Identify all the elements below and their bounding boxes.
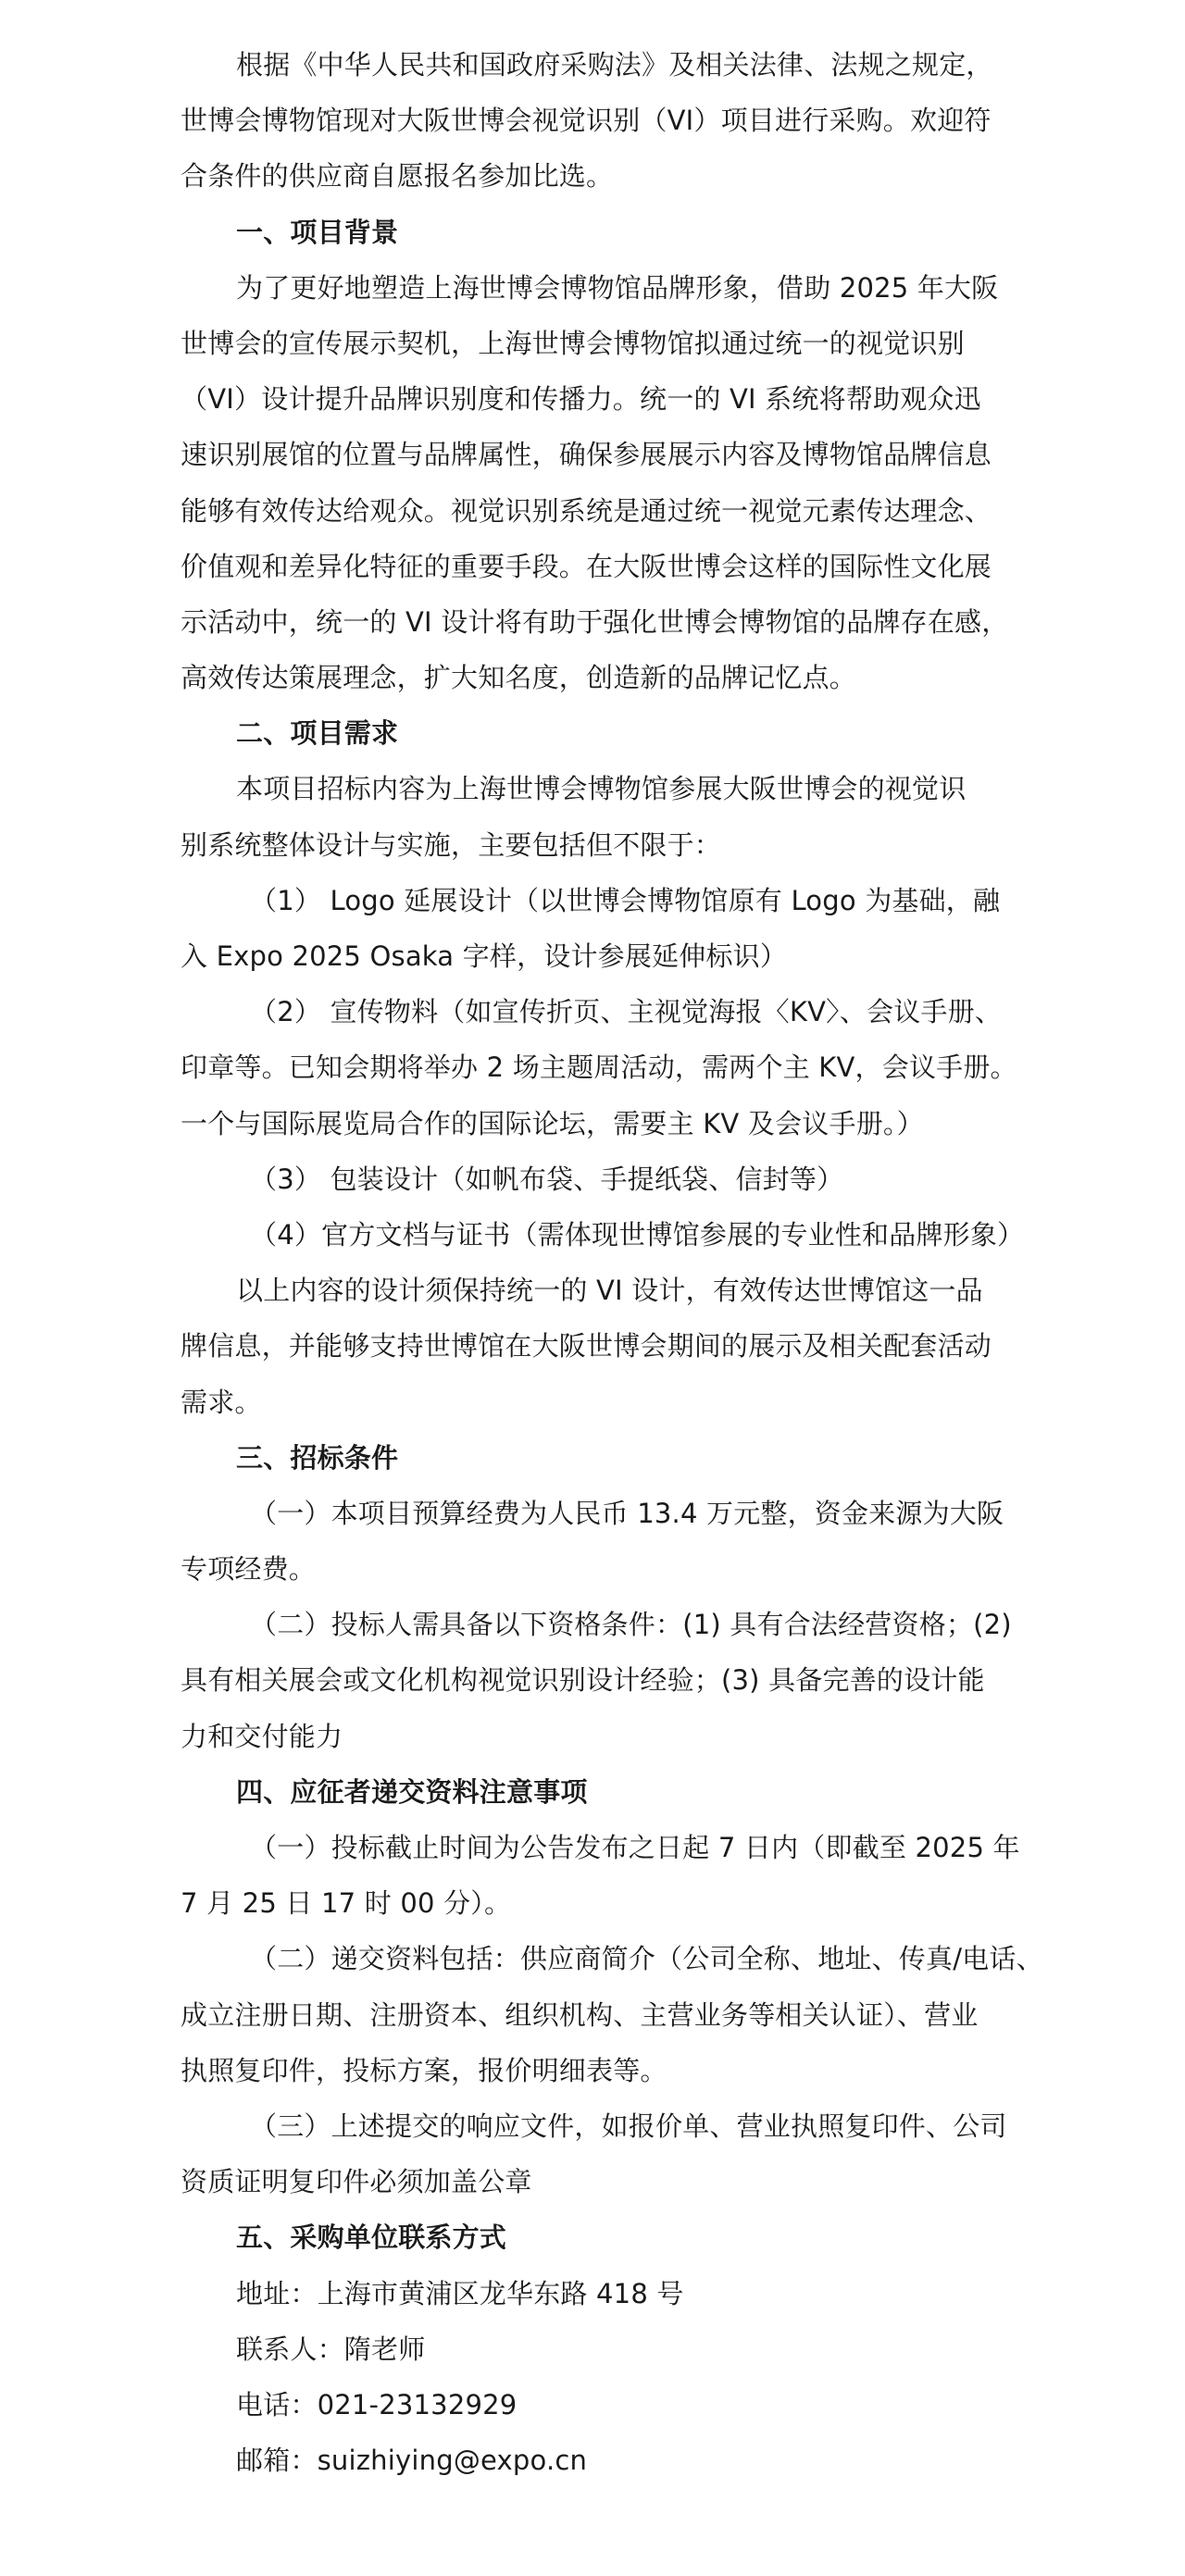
paragraph-line: 执照复印件，投标方案，报价明细表等。 [181, 2043, 1006, 2098]
paragraph-line: 具有相关展会或文化机构视觉识别设计经验；(3) 具备完善的设计能 [181, 1652, 1006, 1708]
section-heading-contact: 五、采购单位联系方式 [181, 2209, 1006, 2265]
section-heading-submission: 四、应征者递交资料注意事项 [181, 1764, 1006, 1820]
paragraph-line: 为了更好地塑造上海世博会博物馆品牌形象，借助 2025 年大阪 [181, 260, 1006, 316]
contact-address: 地址：上海市黄浦区龙华东路 418 号 [181, 2266, 1006, 2321]
intro-line: 根据《中华人民共和国政府采购法》及相关法律、法规之规定， [181, 37, 1006, 93]
paragraph-line: （一）本项目预算经费为人民币 13.4 万元整，资金来源为大阪 [181, 1486, 1006, 1541]
list-item: （2） 宣传物料（如宣传折页、主视觉海报〈KV〉、会议手册、 [181, 984, 1006, 1039]
list-item-continuation: 入 Expo 2025 Osaka 字样，设计参展延伸标识） [181, 928, 1006, 984]
paragraph-line: 示活动中，统一的 VI 设计将有助于强化世博会博物馆的品牌存在感， [181, 594, 1006, 650]
paragraph-line: 世博会的宣传展示契机，上海世博会博物馆拟通过统一的视觉识别 [181, 316, 1006, 371]
intro-line: 合条件的供应商自愿报名参加比选。 [181, 148, 1006, 204]
paragraph-line: 高效传达策展理念，扩大知名度，创造新的品牌记忆点。 [181, 650, 1006, 705]
paragraph-line: 专项经费。 [181, 1541, 1006, 1597]
paragraph-line: （二）投标人需具备以下资格条件：(1) 具有合法经营资格；(2) [181, 1597, 1006, 1652]
paragraph-line: （三）上述提交的响应文件，如报价单、营业执照复印件、公司 [181, 2098, 1006, 2154]
paragraph-line: 价值观和差异化特征的重要手段。在大阪世博会这样的国际性文化展 [181, 539, 1006, 594]
list-item-continuation: 一个与国际展览局合作的国际论坛，需要主 KV 及会议手册。） [181, 1096, 1006, 1151]
section-heading-conditions: 三、招标条件 [181, 1430, 1006, 1486]
list-item: （1） Logo 延展设计（以世博会博物馆原有 Logo 为基础，融 [181, 873, 1006, 928]
paragraph-line: 速识别展馆的位置与品牌属性，确保参展展示内容及博物馆品牌信息 [181, 427, 1006, 482]
intro-line: 世博会博物馆现对大阪世博会视觉识别（VI）项目进行采购。欢迎符 [181, 93, 1006, 148]
paragraph-line: （一）投标截止时间为公告发布之日起 7 日内（即截至 2025 年 [181, 1820, 1006, 1875]
paragraph-line: 力和交付能力 [181, 1709, 1006, 1764]
paragraph-line: 能够有效传达给观众。视觉识别系统是通过统一视觉元素传达理念、 [181, 483, 1006, 539]
paragraph-line: 以上内容的设计须保持统一的 VI 设计，有效传达世博馆这一品 [181, 1263, 1006, 1318]
contact-phone[interactable]: 电话：021-23132929 [181, 2377, 1006, 2433]
paragraph-line: 7 月 25 日 17 时 00 分）。 [181, 1875, 1006, 1931]
paragraph-line: 需求。 [181, 1375, 1006, 1430]
list-item: （3） 包装设计（如帆布袋、手提纸袋、信封等） [181, 1151, 1006, 1207]
section-heading-requirements: 二、项目需求 [181, 705, 1006, 761]
paragraph-line: 本项目招标内容为上海世博会博物馆参展大阪世博会的视觉识 [181, 761, 1006, 816]
paragraph-line: 资质证明复印件必须加盖公章 [181, 2154, 1006, 2209]
paragraph-line: 成立注册日期、注册资本、组织机构、主营业务等相关认证）、营业 [181, 1987, 1006, 2043]
paragraph-line: （二）递交资料包括：供应商简介（公司全称、地址、传真/电话、 [181, 1931, 1006, 1986]
contact-person: 联系人：隋老师 [181, 2321, 1006, 2377]
list-item-continuation: 印章等。已知会期将举办 2 场主题周活动，需两个主 KV，会议手册。 [181, 1039, 1006, 1095]
paragraph-line: 牌信息，并能够支持世博馆在大阪世博会期间的展示及相关配套活动 [181, 1318, 1006, 1374]
section-heading-background: 一、项目背景 [181, 205, 1006, 260]
list-item: （4）官方文档与证书（需体现世博馆参展的专业性和品牌形象） [181, 1207, 1006, 1263]
paragraph-line: 别系统整体设计与实施，主要包括但不限于： [181, 817, 1006, 873]
contact-email[interactable]: 邮箱：suizhiying@expo.cn [181, 2433, 1006, 2488]
procurement-notice: 根据《中华人民共和国政府采购法》及相关法律、法规之规定， 世博会博物馆现对大阪世… [181, 37, 1006, 2488]
paragraph-line: （VI）设计提升品牌识别度和传播力。统一的 VI 系统将帮助观众迅 [181, 371, 1006, 427]
